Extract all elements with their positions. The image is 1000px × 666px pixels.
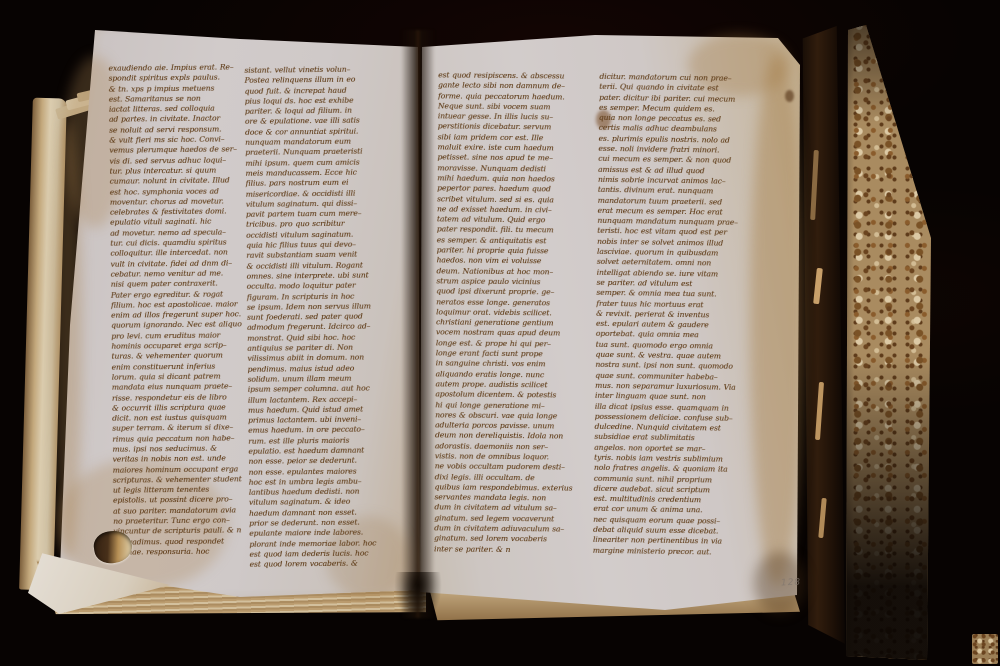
cover-corner-fragment [972, 634, 998, 664]
right-page-column-1: est quod resipiscens. & abscessu gante l… [434, 70, 585, 569]
spine-leather-edge [799, 26, 845, 650]
gutter-shadow [401, 30, 435, 618]
left-page-column-1: exaudiendo aie. Impius erat. Re– spondit… [108, 62, 244, 563]
manuscript-photograph: exaudiendo aie. Impius erat. Re– spondit… [0, 0, 1000, 666]
marbled-cover-board [836, 20, 936, 664]
gutter-bottom-shadow [394, 572, 442, 624]
folio-number: 128 [781, 577, 802, 588]
left-fore-edge-pages [19, 98, 67, 591]
left-page-column-2: sistant. vellut vinetis volun– Postea re… [244, 64, 396, 578]
right-page-column-2: dicitur. mandatorum cui non prae– terii.… [593, 72, 772, 566]
